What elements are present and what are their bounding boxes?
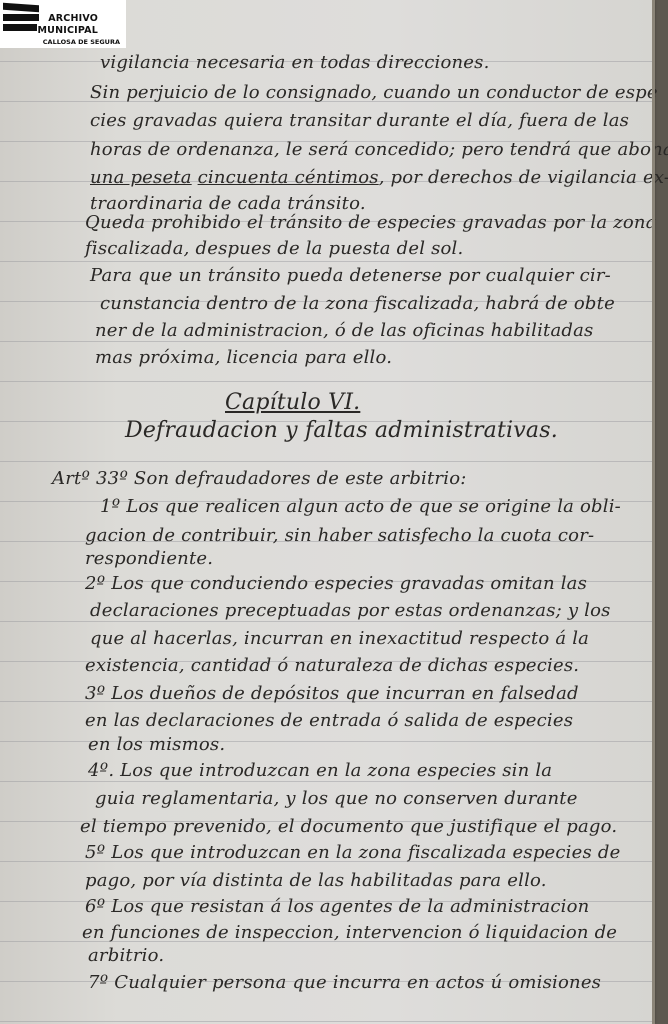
manuscript-page: ARCHIVO MUNICIPAL CALLOSA DE SEGURA vigi… [0,0,652,1024]
text-line: cies gravadas quiera transitar durante e… [90,110,629,131]
text-line: 7º Cualquier persona que incurra en acto… [88,972,601,993]
underlined-amount: cincuenta céntimos [198,167,379,188]
text-line: arbitrio. [88,945,164,966]
text-line: 2º Los que conduciendo especies gravadas… [85,573,587,594]
text-line: Queda prohibido el tránsito de especies … [85,212,657,233]
text-line: fiscalizada, despues de la puesta del so… [85,238,463,259]
archive-logo: ARCHIVO MUNICIPAL CALLOSA DE SEGURA [0,0,126,48]
text-line: en los mismos. [88,734,225,755]
text-line: en funciones de inspeccion, intervencion… [82,922,617,943]
text-line: Para que un tránsito pueda detenerse por… [90,265,611,286]
text-line: 6º Los que resistan á los agentes de la … [85,896,589,917]
logo-line-3: CALLOSA DE SEGURA [43,38,120,46]
text-line: pago, por vía distinta de las habilitada… [85,870,547,891]
article-heading: Artº 33º Son defraudadores de este arbit… [52,468,467,489]
text-line: gacion de contribuir, sin haber satisfec… [85,525,594,546]
text-line: 1º Los que realicen algun acto de que se… [100,496,621,517]
text-line: existencia, cantidad ó naturaleza de dic… [85,655,579,676]
logo-line-1: ARCHIVO [48,13,98,24]
underlined-amount: una peseta [90,167,192,188]
text-line: cunstancia dentro de la zona fiscalizada… [100,293,615,314]
chapter-title: Capítulo VI. [225,390,360,415]
text-line: 4º. Los que introduzcan en la zona espec… [88,760,552,781]
text-line: 5º Los que introduzcan en la zona fiscal… [85,842,620,863]
text-line: en las declaraciones de entrada ó salida… [85,710,573,731]
chapter-subtitle: Defraudacion y faltas administrativas. [125,418,558,443]
text-line: horas de ordenanza, le será concedido; p… [90,139,668,160]
text-line: mas próxima, licencia para ello. [95,347,392,368]
text-line: 3º Los dueños de depósitos que incurran … [85,683,579,704]
text-line: declaraciones preceptuadas por estas ord… [90,600,611,621]
text-line: una peseta cincuenta céntimos, por derec… [90,167,668,188]
text-line: traordinaria de cada tránsito. [90,193,366,214]
text-line: el tiempo prevenido, el documento que ju… [80,816,617,837]
text-line: respondiente. [85,548,213,569]
logo-bars-icon [3,4,39,34]
text-line: Sin perjuicio de lo consignado, cuando u… [90,82,658,103]
text-line: vigilancia necesaria en todas direccione… [100,52,490,73]
logo-line-2: MUNICIPAL [38,25,98,36]
text-line: ner de la administracion, ó de las ofici… [95,320,593,341]
text-line: que al hacerlas, incurran en inexactitud… [90,628,589,649]
text-line: guia reglamentaria, y los que no conserv… [95,788,578,809]
